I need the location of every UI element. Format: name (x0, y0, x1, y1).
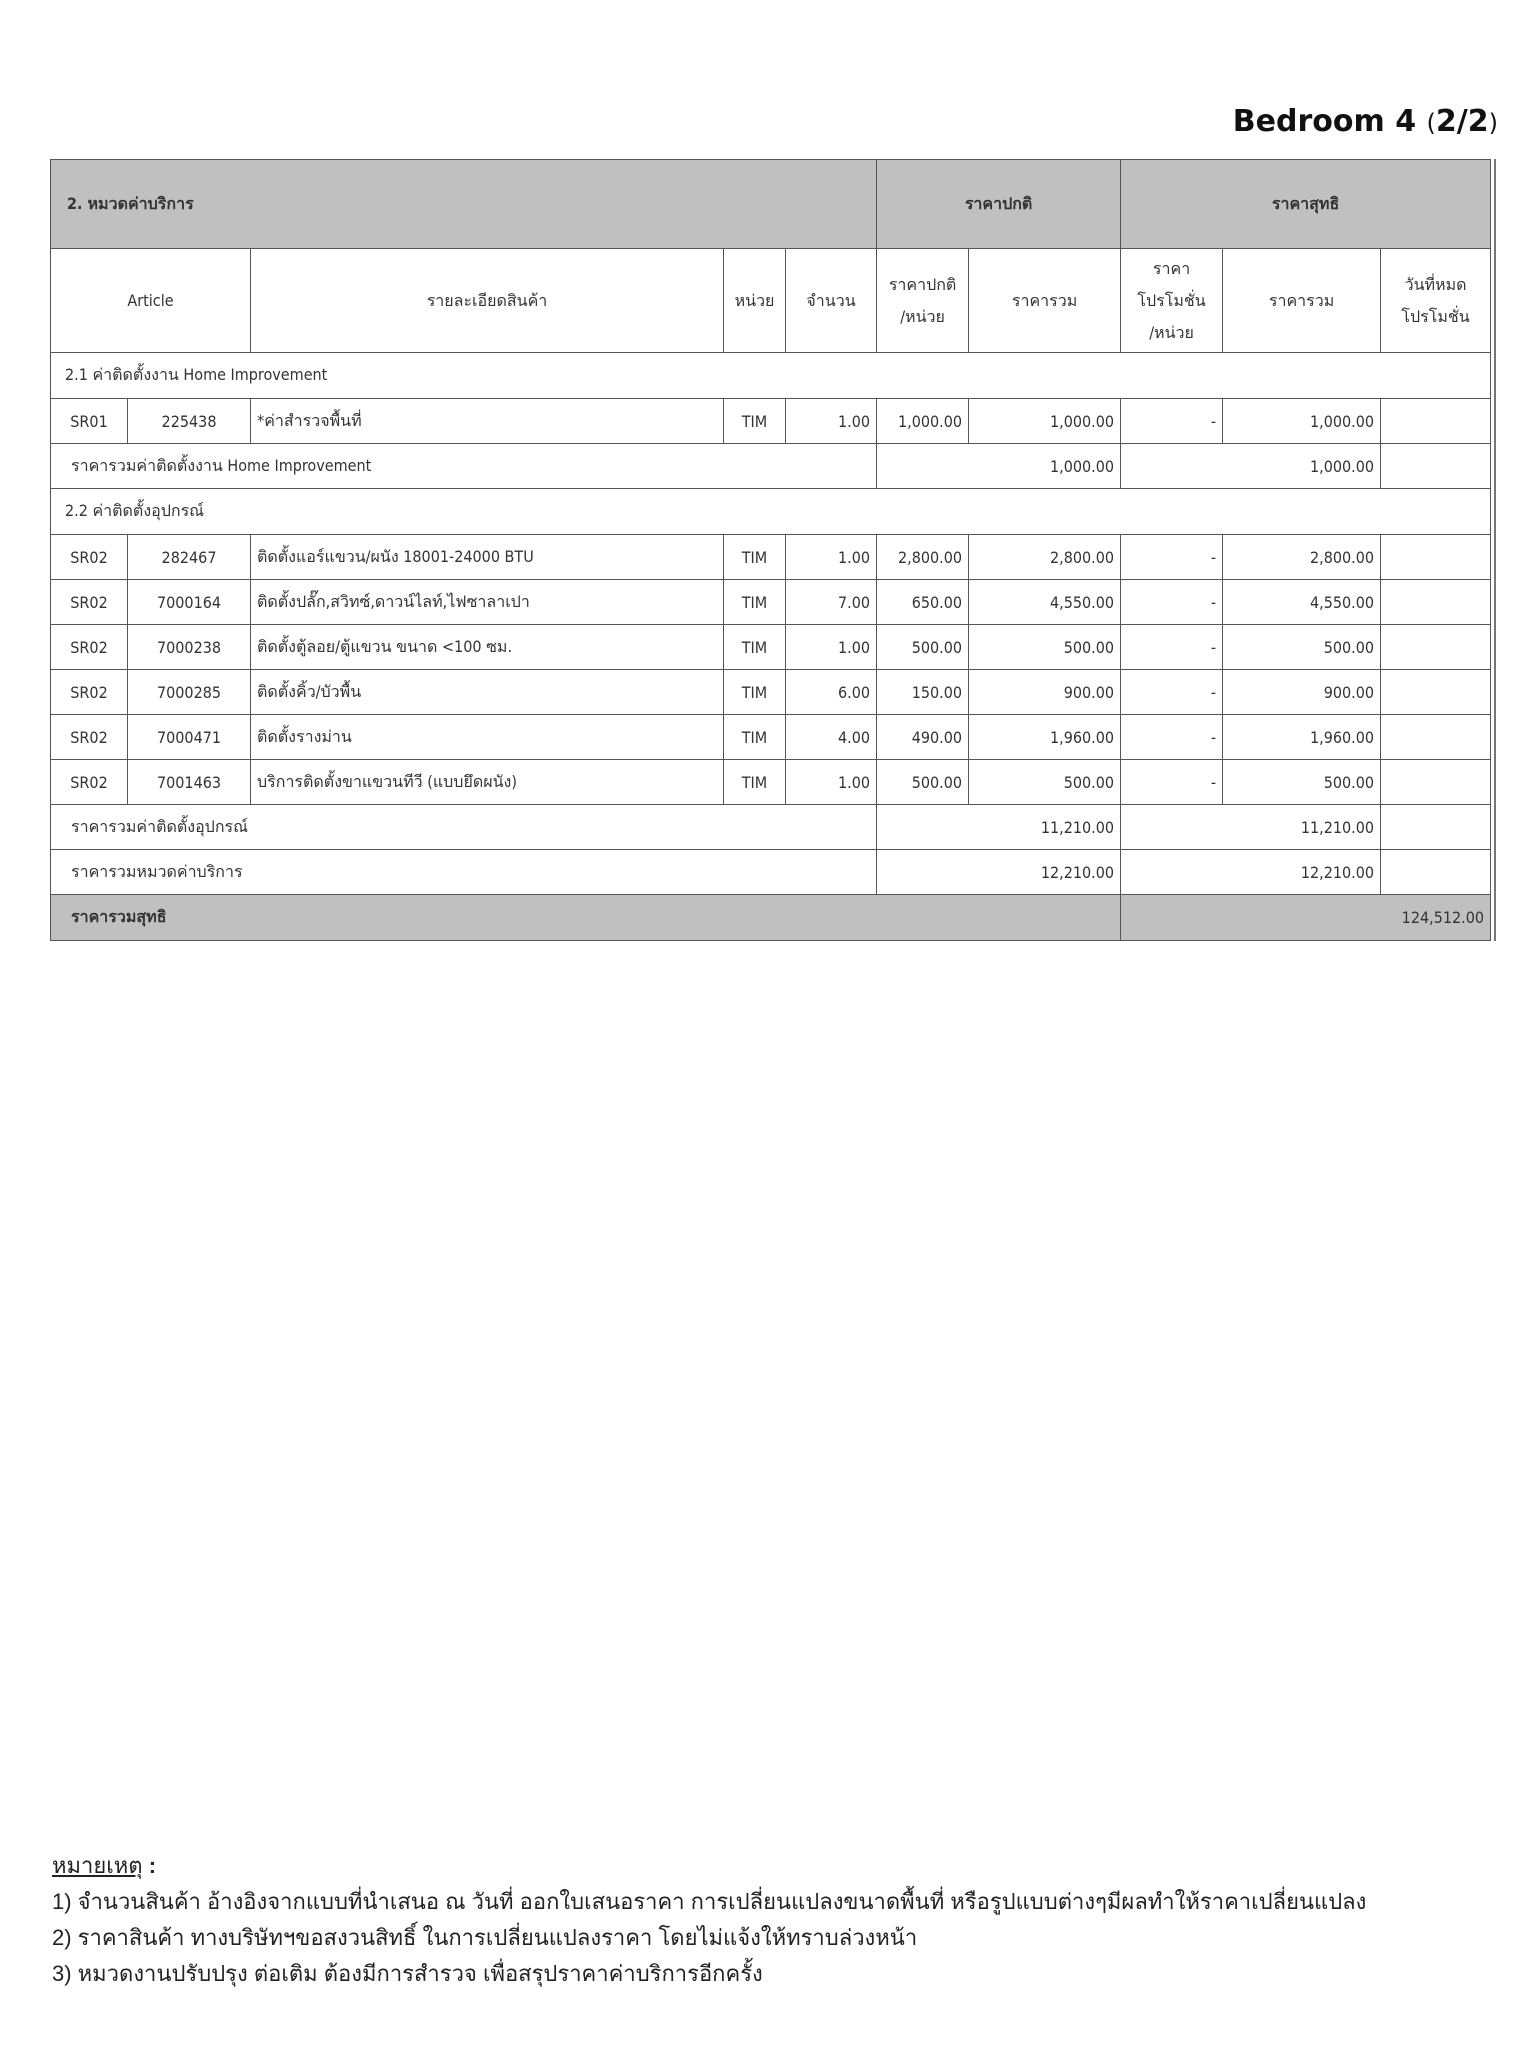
cell-promo-price: - (1121, 580, 1223, 625)
table-row: SR027000238ติดตั้งตู้ลอย/ตู้แขวน ขนาด <1… (51, 625, 1491, 670)
cell-quantity: 4.00 (786, 715, 877, 760)
cell-code: SR02 (51, 715, 128, 760)
note-item: 3) หมวดงานปรับปรุง ต่อเติม ต้องมีการสำรว… (52, 1956, 1366, 1992)
cell-promo-price: - (1121, 625, 1223, 670)
subtotal-empty (1381, 444, 1491, 489)
table-column-header-row: Article รายละเอียดสินค้า หน่วย จำนวน ราค… (51, 249, 1491, 353)
cell-code: SR02 (51, 625, 128, 670)
cell-unit-price: 150.00 (877, 670, 969, 715)
subsection-title: 2.2 ค่าติดตั้งอุปกรณ์ (51, 489, 1491, 535)
cell-quantity: 6.00 (786, 670, 877, 715)
column-header-promo-unit-price-line3: /หน่วย (1127, 317, 1216, 349)
subsection-title: 2.1 ค่าติดตั้งงาน Home Improvement (51, 353, 1491, 399)
table-row: SR01225438*ค่าสำรวจพื้นที่TIM1.001,000.0… (51, 399, 1491, 444)
cell-article: 7000471 (128, 715, 251, 760)
cell-code: SR02 (51, 760, 128, 805)
cell-article: 7001463 (128, 760, 251, 805)
cell-code: SR02 (51, 670, 128, 715)
notes-colon: : (149, 1853, 156, 1878)
cell-unit: TIM (724, 399, 786, 444)
cell-quantity: 1.00 (786, 399, 877, 444)
cell-total: 900.00 (969, 670, 1121, 715)
cell-unit: TIM (724, 760, 786, 805)
cell-unit: TIM (724, 535, 786, 580)
cell-article: 225438 (128, 399, 251, 444)
cell-promo-price: - (1121, 399, 1223, 444)
cell-code: SR01 (51, 399, 128, 444)
column-header-regular-unit-price: ราคาปกติ /หน่วย (877, 249, 969, 353)
table-group-header-row: 2. หมวดค่าบริการ ราคาปกติ ราคาสุทธิ (51, 160, 1491, 249)
notes-heading: หมายเหตุ : (52, 1848, 1366, 1884)
cell-promo-end (1381, 399, 1491, 444)
group-header-regular-price: ราคาปกติ (877, 160, 1121, 249)
cell-code: SR02 (51, 580, 128, 625)
column-header-promo-end-date: วันที่หมด โปรโมชั่น (1381, 249, 1491, 353)
cell-quantity: 7.00 (786, 580, 877, 625)
cell-unit-price: 490.00 (877, 715, 969, 760)
column-header-promo-unit-price-line2: โปรโมชั่น (1127, 285, 1216, 317)
cell-unit: TIM (724, 670, 786, 715)
column-header-net-total: ราคารวม (1223, 249, 1381, 353)
grand-total-label: ราคารวมสุทธิ (51, 895, 1121, 941)
cell-quantity: 1.00 (786, 625, 877, 670)
cell-promo-end (1381, 760, 1491, 805)
subtotal-row: ราคารวมค่าติดตั้งอุปกรณ์11,210.0011,210.… (51, 805, 1491, 850)
category-total-regular: 12,210.00 (877, 850, 1121, 895)
subtotal-regular: 11,210.00 (877, 805, 1121, 850)
cell-unit: TIM (724, 715, 786, 760)
cell-quantity: 1.00 (786, 760, 877, 805)
page-title-paren-close: ) (1489, 109, 1498, 137)
subtotal-net: 11,210.00 (1121, 805, 1381, 850)
subtotal-net: 1,000.00 (1121, 444, 1381, 489)
cell-description: ติดตั้งแอร์แขวน/ผนัง 18001-24000 BTU (251, 535, 724, 580)
cell-promo-end (1381, 580, 1491, 625)
column-header-promo-end-line2: โปรโมชั่น (1387, 301, 1484, 333)
group-header-net-price: ราคาสุทธิ (1121, 160, 1491, 249)
column-header-promo-unit-price-line1: ราคา (1127, 253, 1216, 285)
cell-total: 1,960.00 (969, 715, 1121, 760)
cell-unit: TIM (724, 625, 786, 670)
column-header-article: Article (51, 249, 251, 353)
subtotal-row: ราคารวมค่าติดตั้งงาน Home Improvement1,0… (51, 444, 1491, 489)
cell-net-total: 1,000.00 (1223, 399, 1381, 444)
grand-total-row: ราคารวมสุทธิ124,512.00 (51, 895, 1491, 941)
subsection-header-row: 2.1 ค่าติดตั้งงาน Home Improvement (51, 353, 1491, 399)
cell-unit-price: 1,000.00 (877, 399, 969, 444)
category-total-net: 12,210.00 (1121, 850, 1381, 895)
cell-promo-price: - (1121, 760, 1223, 805)
cell-description: ติดตั้งปลั๊ก,สวิทซ์,ดาวน์ไลท์,ไฟซาลาเปา (251, 580, 724, 625)
cell-unit-price: 500.00 (877, 625, 969, 670)
table-row: SR027000285ติดตั้งคิ้ว/บัวพื้นTIM6.00150… (51, 670, 1491, 715)
column-header-regular-unit-price-line1: ราคาปกติ (883, 269, 962, 301)
cell-description: ติดตั้งคิ้ว/บัวพื้น (251, 670, 724, 715)
column-header-regular-total: ราคารวม (969, 249, 1121, 353)
cell-article: 7000164 (128, 580, 251, 625)
cell-total: 500.00 (969, 625, 1121, 670)
notes-title: หมายเหตุ (52, 1853, 143, 1878)
cell-total: 1,000.00 (969, 399, 1121, 444)
notes-section: หมายเหตุ : 1) จำนวนสินค้า อ้างอิงจากแบบท… (52, 1848, 1366, 1992)
section-title: 2. หมวดค่าบริการ (51, 160, 877, 249)
column-header-unit: หน่วย (724, 249, 786, 353)
cell-description: *ค่าสำรวจพื้นที่ (251, 399, 724, 444)
cell-promo-end (1381, 535, 1491, 580)
note-item: 2) ราคาสินค้า ทางบริษัทฯขอสงวนสิทธิ์ ในก… (52, 1920, 1366, 1956)
cell-net-total: 900.00 (1223, 670, 1381, 715)
page-title: Bedroom 4 (2/2) (1233, 104, 1498, 139)
cell-article: 7000285 (128, 670, 251, 715)
column-header-regular-unit-price-line2: /หน่วย (883, 301, 962, 333)
cell-total: 2,800.00 (969, 535, 1121, 580)
column-header-promo-end-line1: วันที่หมด (1387, 269, 1484, 301)
subtotal-regular: 1,000.00 (877, 444, 1121, 489)
column-header-quantity: จำนวน (786, 249, 877, 353)
subtotal-empty (1381, 805, 1491, 850)
cell-unit-price: 2,800.00 (877, 535, 969, 580)
cell-quantity: 1.00 (786, 535, 877, 580)
quotation-table: 2. หมวดค่าบริการ ราคาปกติ ราคาสุทธิ Arti… (50, 159, 1491, 941)
cell-article: 7000238 (128, 625, 251, 670)
subtotal-label: ราคารวมค่าติดตั้งอุปกรณ์ (51, 805, 877, 850)
cell-unit-price: 650.00 (877, 580, 969, 625)
note-item: 1) จำนวนสินค้า อ้างอิงจากแบบที่นำเสนอ ณ … (52, 1884, 1366, 1920)
cell-promo-price: - (1121, 715, 1223, 760)
subsection-header-row: 2.2 ค่าติดตั้งอุปกรณ์ (51, 489, 1491, 535)
quotation-table-wrapper: 2. หมวดค่าบริการ ราคาปกติ ราคาสุทธิ Arti… (50, 159, 1496, 941)
cell-code: SR02 (51, 535, 128, 580)
cell-promo-price: - (1121, 535, 1223, 580)
cell-promo-price: - (1121, 670, 1223, 715)
cell-unit: TIM (724, 580, 786, 625)
cell-unit-price: 500.00 (877, 760, 969, 805)
cell-net-total: 500.00 (1223, 760, 1381, 805)
cell-description: ติดตั้งรางม่าน (251, 715, 724, 760)
cell-description: ติดตั้งตู้ลอย/ตู้แขวน ขนาด <100 ซม. (251, 625, 724, 670)
table-row: SR027001463บริการติดตั้งขาแขวนทีวี (แบบย… (51, 760, 1491, 805)
table-row: SR02282467ติดตั้งแอร์แขวน/ผนัง 18001-240… (51, 535, 1491, 580)
page-title-paren-open: ( (1427, 109, 1436, 137)
cell-promo-end (1381, 625, 1491, 670)
cell-article: 282467 (128, 535, 251, 580)
cell-net-total: 2,800.00 (1223, 535, 1381, 580)
category-total-empty (1381, 850, 1491, 895)
cell-promo-end (1381, 670, 1491, 715)
cell-total: 500.00 (969, 760, 1121, 805)
cell-net-total: 500.00 (1223, 625, 1381, 670)
subtotal-label: ราคารวมค่าติดตั้งงาน Home Improvement (51, 444, 877, 489)
cell-description: บริการติดตั้งขาแขวนทีวี (แบบยึดผนัง) (251, 760, 724, 805)
cell-net-total: 1,960.00 (1223, 715, 1381, 760)
category-total-row: ราคารวมหมวดค่าบริการ12,210.0012,210.00 (51, 850, 1491, 895)
table-row: SR027000164ติดตั้งปลั๊ก,สวิทซ์,ดาวน์ไลท์… (51, 580, 1491, 625)
cell-promo-end (1381, 715, 1491, 760)
page-title-page-number: 2/2 (1436, 104, 1489, 139)
grand-total-value: 124,512.00 (1121, 895, 1491, 941)
column-header-promo-unit-price: ราคา โปรโมชั่น /หน่วย (1121, 249, 1223, 353)
cell-total: 4,550.00 (969, 580, 1121, 625)
page-title-room: Bedroom 4 (1233, 104, 1416, 139)
category-total-label: ราคารวมหมวดค่าบริการ (51, 850, 877, 895)
column-header-description: รายละเอียดสินค้า (251, 249, 724, 353)
cell-net-total: 4,550.00 (1223, 580, 1381, 625)
table-row: SR027000471ติดตั้งรางม่านTIM4.00490.001,… (51, 715, 1491, 760)
